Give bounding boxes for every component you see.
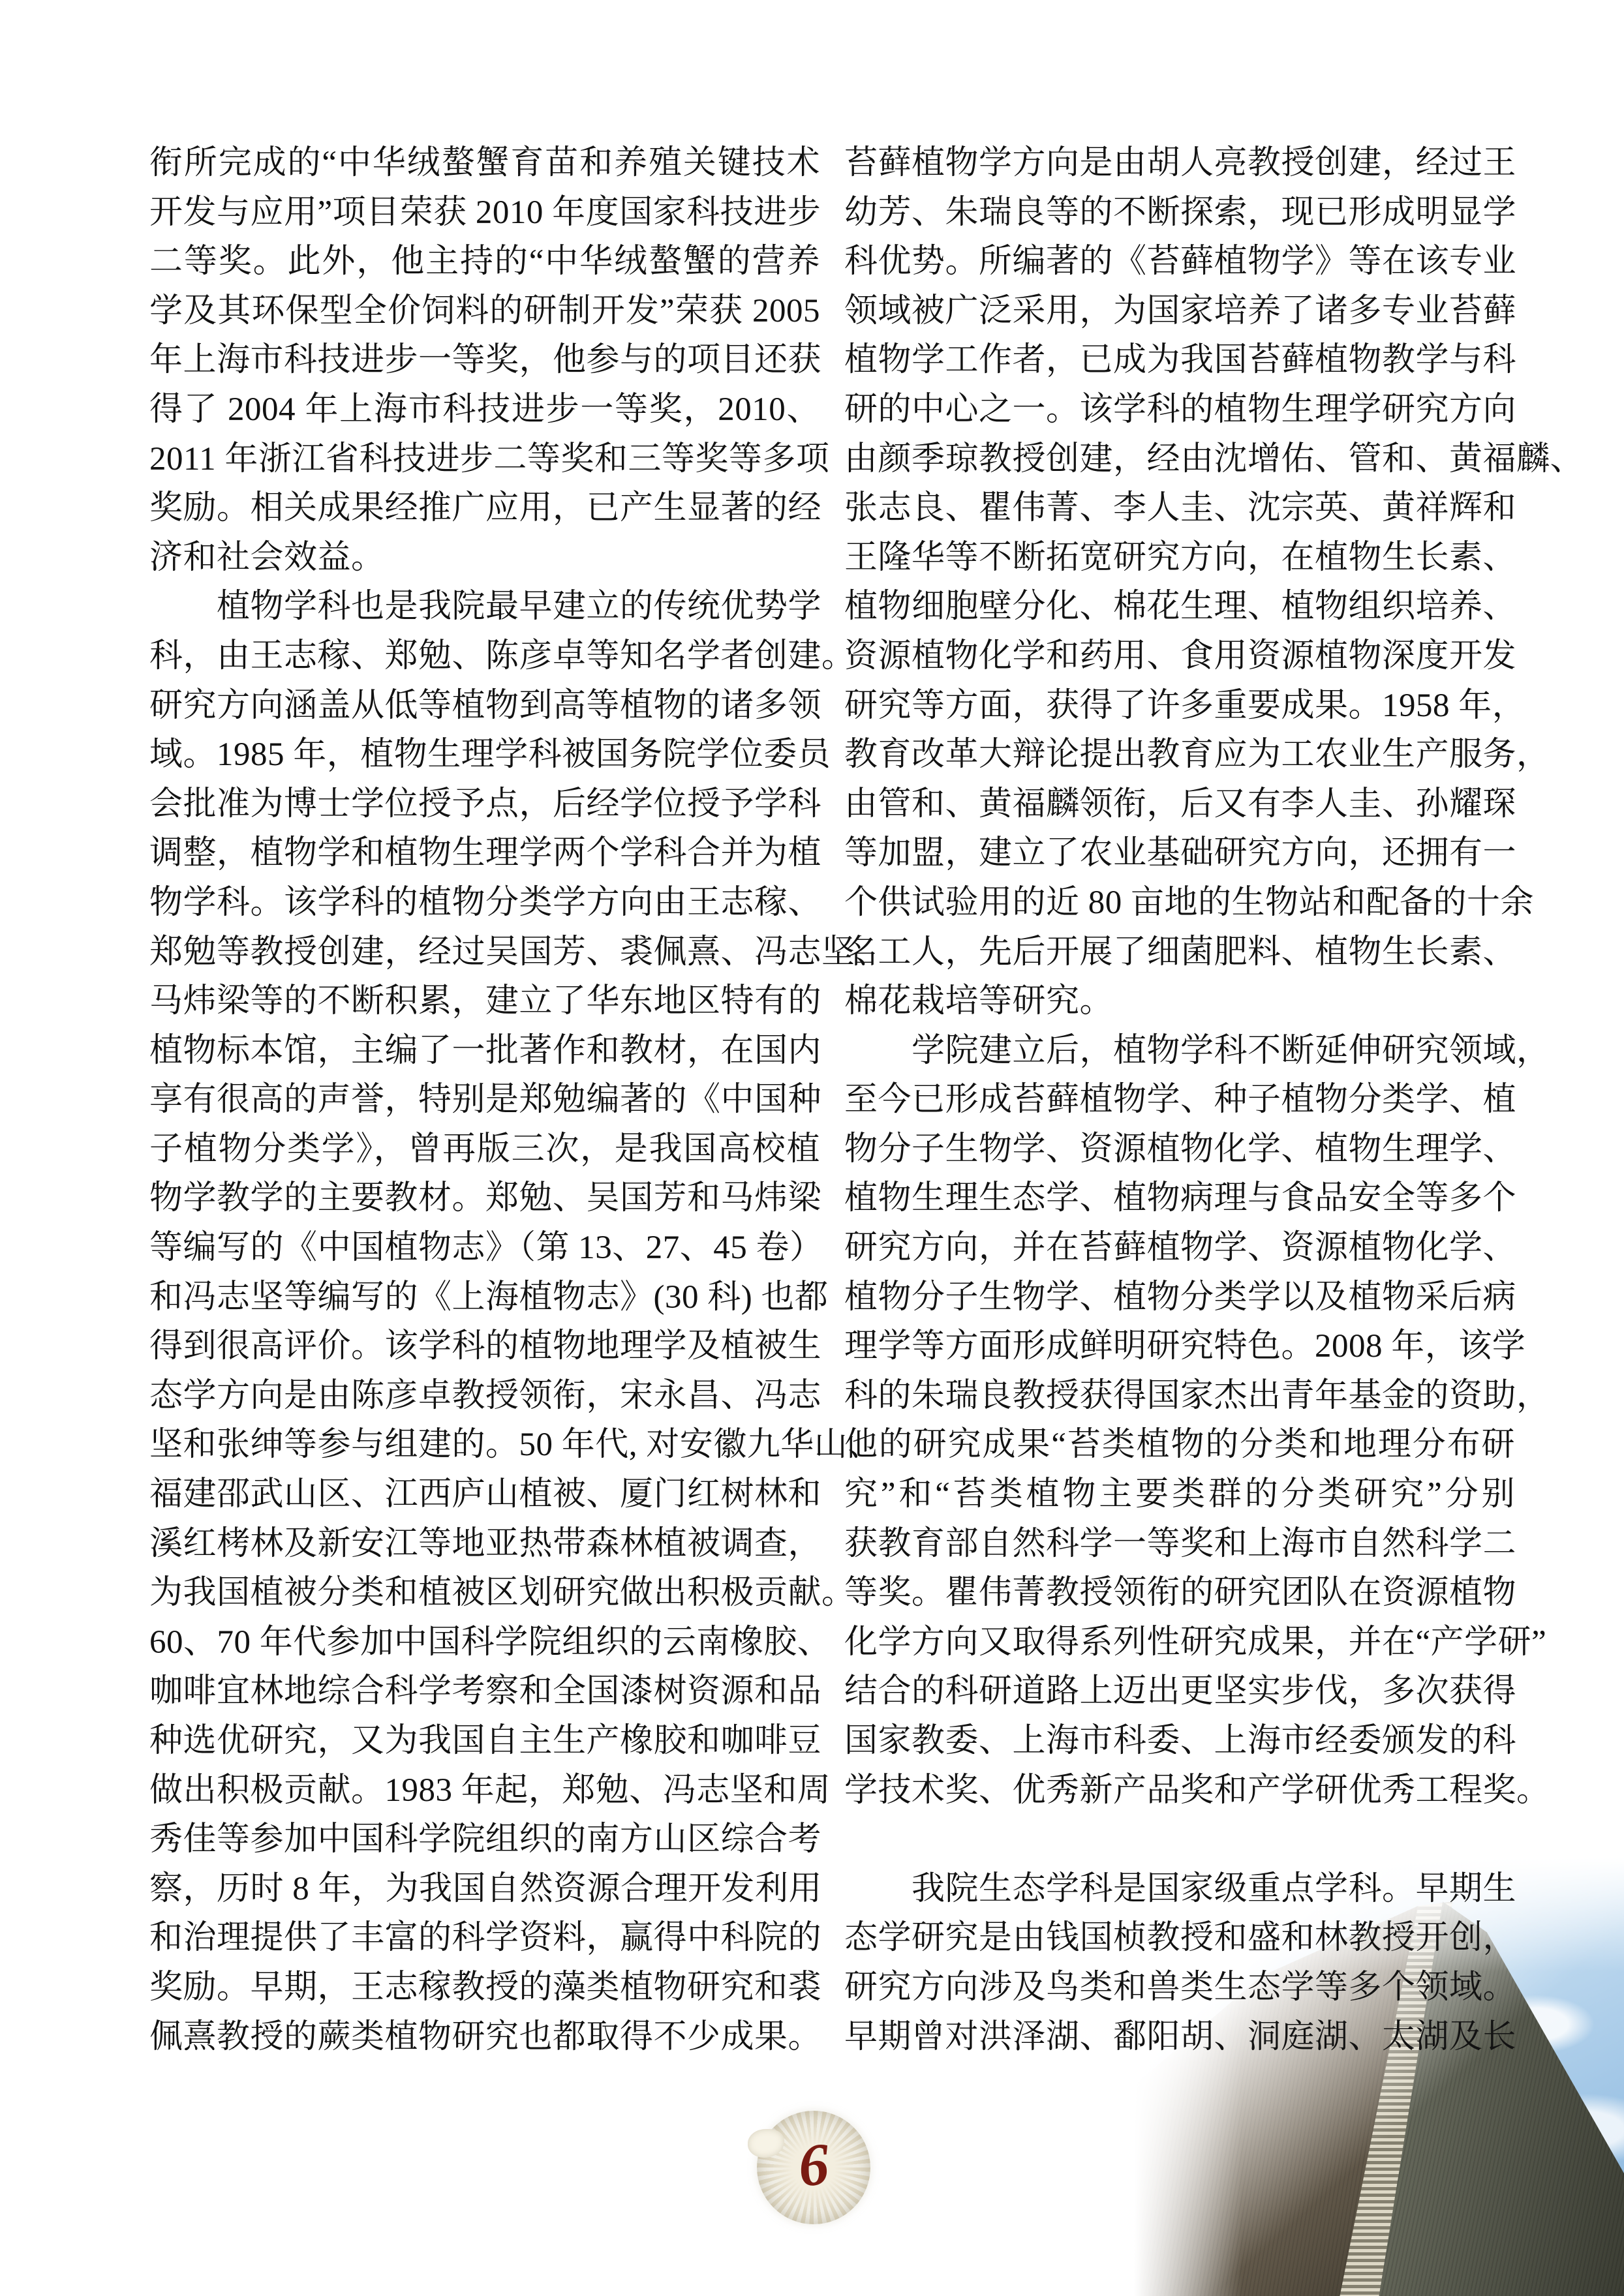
text-line: 获教育部自然科学一等奖和上海市自然科学二 (844, 1520, 1515, 1569)
text-line: 植物学工作者，已成为我国苔藓植物教学与科 (844, 336, 1515, 385)
text-line: 研究方向涵盖从低等植物到高等植物的诸多领 (149, 682, 820, 731)
text-line: 种选优研究，又为我国自主生产橡胶和咖啡豆 (149, 1717, 820, 1766)
text-line: 植物学科也是我院最早建立的传统优势学 (149, 582, 820, 632)
text-line: 王隆华等不断拓宽研究方向，在植物生长素、 (844, 534, 1515, 583)
text-line: 名工人，先后开展了细菌肥料、植物生长素、 (844, 928, 1515, 978)
text-line: 溪红栲林及新安江等地亚热带森林植被调查， (149, 1520, 820, 1569)
text-line: 子植物分类学》，曾再版三次，是我国高校植 (149, 1125, 820, 1175)
text-line: 60、70 年代参加中国科学院组织的云南橡胶、 (149, 1618, 820, 1668)
text-line: 佩熹教授的蕨类植物研究也都取得不少成果。 (149, 2013, 820, 2062)
text-line: 苔藓植物学方向是由胡人亮教授创建，经过王 (844, 139, 1515, 189)
text-line: 研究等方面，获得了许多重要成果。1958 年， (844, 682, 1515, 731)
text-line: 二等奖。此外，他主持的“中华绒螯蟹的营养 (149, 237, 820, 287)
text-line: 张志良、瞿伟菁、李人圭、沈宗英、黄祥辉和 (844, 484, 1515, 534)
text-line: 物学教学的主要教材。郑勉、吴国芳和马炜梁 (149, 1174, 820, 1224)
text-line: 等加盟，建立了农业基础研究方向，还拥有一 (844, 829, 1515, 879)
text-line: 坚和张绅等参与组建的。50 年代, 对安徽九华山、 (149, 1421, 820, 1470)
text-line: 幼芳、朱瑞良等的不断探索，现已形成明显学 (844, 189, 1515, 238)
text-line: 奖励。早期，王志稼教授的藻类植物研究和裘 (149, 1963, 820, 2013)
text-line: 植物标本馆，主编了一批著作和教材，在国内 (149, 1027, 820, 1076)
text-line: 结合的科研道路上迈出更坚实步伐，多次获得 (844, 1667, 1515, 1717)
text-line: 和冯志坚等编写的《上海植物志》(30 科) 也都 (149, 1273, 820, 1323)
ammonite-shell-icon: 6 (757, 2111, 870, 2224)
text-line: 研究方向涉及鸟类和兽类生态学等多个领域。 (844, 1963, 1515, 2013)
text-line: 教育改革大辩论提出教育应为工农业生产服务， (844, 731, 1515, 780)
text-line: 由颜季琼教授创建，经由沈增佑、管和、黄福麟、 (844, 435, 1515, 485)
right-text-column: 苔藓植物学方向是由胡人亮教授创建，经过王幼芳、朱瑞良等的不断探索，现已形成明显学… (844, 139, 1515, 2062)
text-line: 咖啡宜林地综合科学考察和全国漆树资源和品 (149, 1667, 820, 1717)
text-line: 物学科。该学科的植物分类学方向由王志稼、 (149, 879, 820, 928)
text-line: 由管和、黄福麟领衔，后又有李人圭、孙耀琛 (844, 780, 1515, 830)
scanned-document-page: { "page": { "number": "6", "language": "… (0, 0, 1624, 2296)
left-text-column: 衔所完成的“中华绒螯蟹育苗和养殖关键技术开发与应用”项目荣获 2010 年度国家… (149, 139, 820, 2062)
text-line: 至今已形成苔藓植物学、种子植物分类学、植 (844, 1076, 1515, 1125)
text-line: 学技术奖、优秀新产品奖和产学研优秀工程奖。 (844, 1766, 1515, 1816)
text-line: 科的朱瑞良教授获得国家杰出青年基金的资助， (844, 1372, 1515, 1421)
page-number: 6 (796, 2129, 831, 2200)
text-line: 早期曾对洪泽湖、鄱阳胡、洞庭湖、太湖及长 (844, 2013, 1515, 2062)
text-line: 我院生态学科是国家级重点学科。早期生 (844, 1865, 1515, 1914)
text-line: 年上海市科技进步一等奖，他参与的项目还获 (149, 336, 820, 385)
text-line: 物分子生物学、资源植物化学、植物生理学、 (844, 1125, 1515, 1175)
text-line: 研究方向，并在苔藓植物学、资源植物化学、 (844, 1224, 1515, 1273)
text-line: 国家教委、上海市科委、上海市经委颁发的科 (844, 1717, 1515, 1766)
text-line: 究”和“苔类植物主要类群的分类研究”分别 (844, 1470, 1515, 1520)
text-line: 马炜梁等的不断积累，建立了华东地区特有的 (149, 977, 820, 1027)
text-line: 做出积极贡献。1983 年起，郑勉、冯志坚和周 (149, 1766, 820, 1816)
text-line: 开发与应用”项目荣获 2010 年度国家科技进步 (149, 189, 820, 238)
text-line: 2011 年浙江省科技进步二等奖和三等奖等多项 (149, 435, 820, 485)
text-line: 调整，植物学和植物生理学两个学科合并为植 (149, 829, 820, 879)
text-line: 科，由王志稼、郑勉、陈彦卓等知名学者创建。 (149, 632, 820, 682)
text-line: 研的中心之一。该学科的植物生理学研究方向 (844, 385, 1515, 435)
text-line: 福建邵武山区、江西庐山植被、厦门红树林和 (149, 1470, 820, 1520)
text-line: 域。1985 年，植物生理学科被国务院学位委员 (149, 731, 820, 780)
text-line: 学院建立后，植物学科不断延伸研究领域， (844, 1027, 1515, 1076)
text-line: 态学方向是由陈彦卓教授领衔，宋永昌、冯志 (149, 1372, 820, 1421)
text-line: 为我国植被分类和植被区划研究做出积极贡献。 (149, 1569, 820, 1618)
text-line: 奖励。相关成果经推广应用，已产生显著的经 (149, 484, 820, 534)
text-line: 衔所完成的“中华绒螯蟹育苗和养殖关键技术 (149, 139, 820, 189)
text-line: 科优势。所编著的《苔藓植物学》等在该专业 (844, 237, 1515, 287)
text-line: 他的研究成果“苔类植物的分类和地理分布研 (844, 1421, 1515, 1470)
text-line: 等奖。瞿伟菁教授领衔的研究团队在资源植物 (844, 1569, 1515, 1618)
text-line: 学及其环保型全价饲料的研制开发”荣获 2005 (149, 287, 820, 337)
text-line: 化学方向又取得系列性研究成果，并在“产学研” (844, 1618, 1515, 1668)
text-line: 享有很高的声誉，特别是郑勉编著的《中国种 (149, 1076, 820, 1125)
text-line: 济和社会效益。 (149, 534, 820, 583)
text-line: 资源植物化学和药用、食用资源植物深度开发 (844, 632, 1515, 682)
text-line: 领域被广泛采用，为国家培养了诸多专业苔藓 (844, 287, 1515, 337)
text-line: 秀佳等参加中国科学院组织的南方山区综合考 (149, 1815, 820, 1865)
text-line: 得了 2004 年上海市科技进步一等奖，2010、 (149, 385, 820, 435)
text-line: 会批准为博士学位授予点，后经学位授予学科 (149, 780, 820, 830)
text-line: 植物细胞壁分化、棉花生理、植物组织培养、 (844, 582, 1515, 632)
text-line: 理学等方面形成鲜明研究特色。2008 年，该学 (844, 1322, 1515, 1372)
text-line: 植物分子生物学、植物分类学以及植物采后病 (844, 1273, 1515, 1323)
text-line: 个供试验用的近 80 亩地的生物站和配备的十余 (844, 879, 1515, 928)
text-line: 得到很高评价。该学科的植物地理学及植被生 (149, 1322, 820, 1372)
text-line: 等编写的《中国植物志》（第 13、27、45 卷） (149, 1224, 820, 1273)
text-line: 察，历时 8 年，为我国自然资源合理开发利用 (149, 1865, 820, 1914)
text-line: 态学研究是由钱国桢教授和盛和林教授开创， (844, 1914, 1515, 1963)
text-line: 植物生理生态学、植物病理与食品安全等多个 (844, 1174, 1515, 1224)
text-line: 郑勉等教授创建，经过吴国芳、裘佩熹、冯志坚、 (149, 928, 820, 978)
text-line: 棉花栽培等研究。 (844, 977, 1515, 1027)
text-line: 和治理提供了丰富的科学资料，赢得中科院的 (149, 1914, 820, 1963)
